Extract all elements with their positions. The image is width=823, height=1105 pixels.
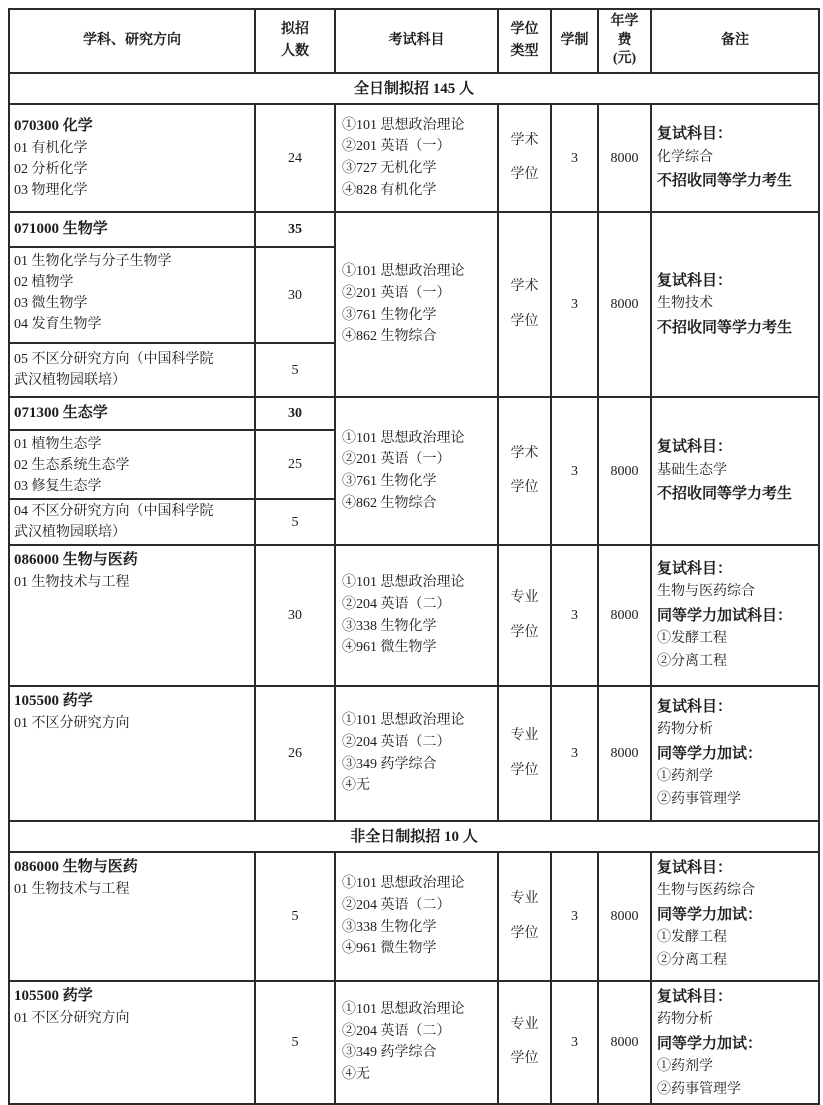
directions-pharmacy-pt: 01 不区分研究方向 [14, 1008, 250, 1029]
cell-quota-biomed-ft: 30 [255, 545, 335, 686]
subject-code-biology: 071000 生物学 [14, 218, 250, 241]
cell-duration-biomed-ft: 3 [551, 545, 598, 686]
cell-degree-biology: 学术 学位 [498, 212, 551, 397]
cell-quota-ecology-total: 30 [255, 397, 335, 430]
cell-quota-biology-main: 30 [255, 247, 335, 343]
cell-quota-ecology-joint: 5 [255, 499, 335, 545]
cell-tuition-biomed-ft: 8000 [598, 545, 651, 686]
cell-duration-pharmacy-ft: 3 [551, 686, 598, 821]
table-row-chemistry: 070300 化学01 有机化学 02 分析化学 03 物理化学 24 ①101… [9, 104, 819, 212]
col-header-duration: 学制 [551, 9, 598, 73]
cell-remarks-ecology: 复试科目：基础生态学不招收同等学力考生 [651, 397, 819, 545]
cell-remarks-biology: 复试科目：生物技术不招收同等学力考生 [651, 212, 819, 397]
cell-exam-biomed-ft: ①101 思想政治理论 ②204 英语（二） ③338 生物化学 ④961 微生… [335, 545, 498, 686]
cell-quota-pharmacy-pt: 5 [255, 981, 335, 1104]
cell-degree-ecology: 学术 学位 [498, 397, 551, 545]
subject-code-biomed-ft: 086000 生物与医药 [14, 549, 250, 572]
col-header-degree: 学位 类型 [498, 9, 551, 73]
directions-ecology-main: 01 植物生态学 02 生态系统生态学 03 修复生态学 [9, 430, 255, 499]
cell-remarks-biomed-ft: 复试科目：生物与医药综合同等学力加试科目：①发酵工程②分离工程 [651, 545, 819, 686]
cell-duration-biology: 3 [551, 212, 598, 397]
cell-duration-chemistry: 3 [551, 104, 598, 212]
cell-exam-chemistry: ①101 思想政治理论 ②201 英语（一） ③727 无机化学 ④828 有机… [335, 104, 498, 212]
cell-exam-pharmacy-pt: ①101 思想政治理论 ②204 英语（二） ③349 药学综合 ④无 [335, 981, 498, 1104]
subject-code-ecology: 071300 生态学 [14, 402, 250, 425]
directions-biology-joint: 05 不区分研究方向（中国科学院 武汉植物园联培） [9, 343, 255, 397]
cell-quota-ecology-main: 25 [255, 430, 335, 499]
cell-exam-biology: ①101 思想政治理论 ②201 英语（一） ③761 生物化学 ④862 生物… [335, 212, 498, 397]
directions-ecology-joint: 04 不区分研究方向（中国科学院 武汉植物园联培） [9, 499, 255, 545]
subject-code-biomed-pt: 086000 生物与医药 [14, 856, 250, 879]
cell-tuition-ecology: 8000 [598, 397, 651, 545]
cell-exam-pharmacy-ft: ①101 思想政治理论 ②204 英语（二） ③349 药学综合 ④无 [335, 686, 498, 821]
cell-subject-biomed-ft: 086000 生物与医药01 生物技术与工程 [9, 545, 255, 686]
table-header-row: 学科、研究方向 拟招 人数 考试科目 学位 类型 学制 年学 费 (元) 备注 [9, 9, 819, 73]
cell-subject-biology: 071000 生物学 [9, 212, 255, 247]
cell-exam-ecology: ①101 思想政治理论 ②201 英语（一） ③761 生物化学 ④862 生物… [335, 397, 498, 545]
directions-chemistry: 01 有机化学 02 分析化学 03 物理化学 [14, 138, 250, 201]
cell-quota-pharmacy-ft: 26 [255, 686, 335, 821]
table-row-biology-header: 071000 生物学 35 ①101 思想政治理论 ②201 英语（一） ③76… [9, 212, 819, 247]
cell-tuition-biomed-pt: 8000 [598, 852, 651, 981]
table-row-pharmacy-fulltime: 105500 药学01 不区分研究方向 26 ①101 思想政治理论 ②204 … [9, 686, 819, 821]
cell-subject-pharmacy-ft: 105500 药学01 不区分研究方向 [9, 686, 255, 821]
col-header-tuition: 年学 费 (元) [598, 9, 651, 73]
cell-degree-biomed-ft: 专业 学位 [498, 545, 551, 686]
section-bar-parttime: 非全日制拟招 10 人 [9, 821, 819, 852]
subject-code-pharmacy-ft: 105500 药学 [14, 690, 250, 713]
cell-tuition-pharmacy-pt: 8000 [598, 981, 651, 1104]
cell-quota-biology-joint: 5 [255, 343, 335, 397]
section-bar-fulltime: 全日制拟招 145 人 [9, 73, 819, 104]
directions-pharmacy-ft: 01 不区分研究方向 [14, 713, 250, 734]
subject-code-chemistry: 070300 化学 [14, 115, 250, 138]
cell-degree-chemistry: 学术 学位 [498, 104, 551, 212]
cell-degree-biomed-pt: 专业 学位 [498, 852, 551, 981]
cell-remarks-chemistry: 复试科目：化学综合不招收同等学力考生 [651, 104, 819, 212]
table-row-biomed-parttime: 086000 生物与医药01 生物技术与工程 5 ①101 思想政治理论 ②20… [9, 852, 819, 981]
directions-biomed-ft: 01 生物技术与工程 [14, 572, 250, 593]
cell-remarks-pharmacy-ft: 复试科目：药物分析同等学力加试：①药剂学②药事管理学 [651, 686, 819, 821]
cell-degree-pharmacy-pt: 专业 学位 [498, 981, 551, 1104]
cell-quota-biomed-pt: 5 [255, 852, 335, 981]
admissions-table: 学科、研究方向 拟招 人数 考试科目 学位 类型 学制 年学 费 (元) 备注 … [8, 8, 820, 1105]
cell-remarks-pharmacy-pt: 复试科目：药物分析同等学力加试：①药剂学②药事管理学 [651, 981, 819, 1104]
cell-duration-biomed-pt: 3 [551, 852, 598, 981]
cell-subject-biomed-pt: 086000 生物与医药01 生物技术与工程 [9, 852, 255, 981]
table-row-biomed-fulltime: 086000 生物与医药01 生物技术与工程 30 ①101 思想政治理论 ②2… [9, 545, 819, 686]
cell-duration-pharmacy-pt: 3 [551, 981, 598, 1104]
cell-tuition-pharmacy-ft: 8000 [598, 686, 651, 821]
cell-remarks-biomed-pt: 复试科目：生物与医药综合同等学力加试：①发酵工程②分离工程 [651, 852, 819, 981]
cell-exam-biomed-pt: ①101 思想政治理论 ②204 英语（二） ③338 生物化学 ④961 微生… [335, 852, 498, 981]
cell-subject-chemistry: 070300 化学01 有机化学 02 分析化学 03 物理化学 [9, 104, 255, 212]
col-header-quota: 拟招 人数 [255, 9, 335, 73]
col-header-subject: 学科、研究方向 [9, 9, 255, 73]
col-header-remarks: 备注 [651, 9, 819, 73]
table-row-pharmacy-parttime: 105500 药学01 不区分研究方向 5 ①101 思想政治理论 ②204 英… [9, 981, 819, 1104]
cell-degree-pharmacy-ft: 专业 学位 [498, 686, 551, 821]
directions-biology-main: 01 生物化学与分子生物学 02 植物学 03 微生物学 04 发育生物学 [9, 247, 255, 343]
cell-quota-chemistry: 24 [255, 104, 335, 212]
cell-subject-pharmacy-pt: 105500 药学01 不区分研究方向 [9, 981, 255, 1104]
cell-tuition-chemistry: 8000 [598, 104, 651, 212]
subject-code-pharmacy-pt: 105500 药学 [14, 985, 250, 1008]
col-header-exam: 考试科目 [335, 9, 498, 73]
directions-biomed-pt: 01 生物技术与工程 [14, 879, 250, 900]
cell-subject-ecology: 071300 生态学 [9, 397, 255, 430]
cell-quota-biology-total: 35 [255, 212, 335, 247]
cell-tuition-biology: 8000 [598, 212, 651, 397]
table-row-ecology-header: 071300 生态学 30 ①101 思想政治理论 ②201 英语（一） ③76… [9, 397, 819, 430]
cell-duration-ecology: 3 [551, 397, 598, 545]
